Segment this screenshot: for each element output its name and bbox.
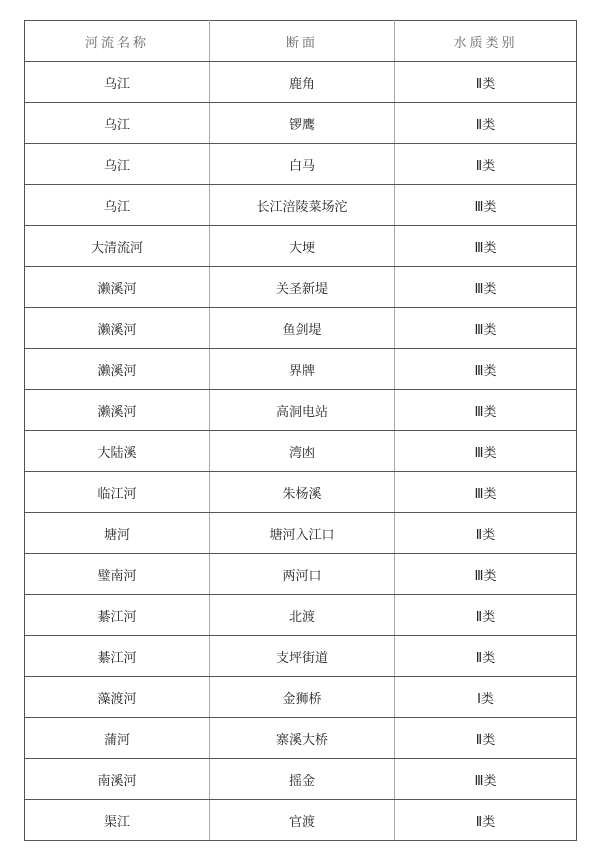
section-cell: 长江涪陵菜场沱	[210, 185, 395, 226]
section-cell: 北渡	[210, 595, 395, 636]
quality-class-cell: Ⅱ类	[395, 144, 577, 185]
table-row: 濑溪河 鱼剑堤 Ⅲ类	[25, 308, 577, 349]
river-name-cell: 临江河	[25, 472, 210, 513]
section-cell: 白马	[210, 144, 395, 185]
section-cell: 朱杨溪	[210, 472, 395, 513]
river-name-cell: 濑溪河	[25, 390, 210, 431]
table-row: 濑溪河 界牌 Ⅲ类	[25, 349, 577, 390]
table-row: 临江河 朱杨溪 Ⅲ类	[25, 472, 577, 513]
header-river-name: 河流名称	[25, 21, 210, 62]
section-cell: 界牌	[210, 349, 395, 390]
river-name-cell: 渠江	[25, 800, 210, 841]
section-cell: 塘河入江口	[210, 513, 395, 554]
quality-class-cell: Ⅰ类	[395, 677, 577, 718]
section-cell: 寨溪大桥	[210, 718, 395, 759]
river-name-cell: 乌江	[25, 185, 210, 226]
section-cell: 大埂	[210, 226, 395, 267]
quality-class-cell: Ⅱ类	[395, 103, 577, 144]
table-row: 大陆溪 湾凼 Ⅲ类	[25, 431, 577, 472]
quality-class-cell: Ⅱ类	[395, 595, 577, 636]
river-name-cell: 濑溪河	[25, 349, 210, 390]
table-row: 南溪河 摇金 Ⅲ类	[25, 759, 577, 800]
river-name-cell: 蒲河	[25, 718, 210, 759]
river-name-cell: 乌江	[25, 62, 210, 103]
quality-class-cell: Ⅲ类	[395, 554, 577, 595]
river-name-cell: 濑溪河	[25, 267, 210, 308]
table-row: 乌江 长江涪陵菜场沱 Ⅲ类	[25, 185, 577, 226]
quality-class-cell: Ⅱ类	[395, 62, 577, 103]
table-row: 綦江河 北渡 Ⅱ类	[25, 595, 577, 636]
water-quality-table: 河流名称 断面 水质类别 乌江 鹿角 Ⅱ类 乌江 锣鹰 Ⅱ类 乌江 白马 Ⅱ类 …	[24, 20, 577, 841]
table-row: 濑溪河 高洞电站 Ⅲ类	[25, 390, 577, 431]
section-cell: 金狮桥	[210, 677, 395, 718]
quality-class-cell: Ⅲ类	[395, 185, 577, 226]
quality-class-cell: Ⅲ类	[395, 267, 577, 308]
river-name-cell: 綦江河	[25, 636, 210, 677]
quality-class-cell: Ⅱ类	[395, 800, 577, 841]
quality-class-cell: Ⅲ类	[395, 349, 577, 390]
river-name-cell: 璧南河	[25, 554, 210, 595]
table-row: 濑溪河 关圣新堤 Ⅲ类	[25, 267, 577, 308]
table-row: 乌江 白马 Ⅱ类	[25, 144, 577, 185]
table-header-row: 河流名称 断面 水质类别	[25, 21, 577, 62]
section-cell: 官渡	[210, 800, 395, 841]
river-name-cell: 乌江	[25, 103, 210, 144]
section-cell: 摇金	[210, 759, 395, 800]
header-water-quality-class: 水质类别	[395, 21, 577, 62]
river-name-cell: 大陆溪	[25, 431, 210, 472]
table-row: 乌江 锣鹰 Ⅱ类	[25, 103, 577, 144]
quality-class-cell: Ⅱ类	[395, 636, 577, 677]
section-cell: 支坪街道	[210, 636, 395, 677]
river-name-cell: 綦江河	[25, 595, 210, 636]
section-cell: 关圣新堤	[210, 267, 395, 308]
quality-class-cell: Ⅲ类	[395, 759, 577, 800]
quality-class-cell: Ⅱ类	[395, 513, 577, 554]
section-cell: 鱼剑堤	[210, 308, 395, 349]
river-name-cell: 南溪河	[25, 759, 210, 800]
quality-class-cell: Ⅲ类	[395, 308, 577, 349]
section-cell: 锣鹰	[210, 103, 395, 144]
header-section: 断面	[210, 21, 395, 62]
quality-class-cell: Ⅲ类	[395, 226, 577, 267]
quality-class-cell: Ⅲ类	[395, 390, 577, 431]
section-cell: 高洞电站	[210, 390, 395, 431]
table-row: 藻渡河 金狮桥 Ⅰ类	[25, 677, 577, 718]
table-row: 渠江 官渡 Ⅱ类	[25, 800, 577, 841]
table-row: 綦江河 支坪街道 Ⅱ类	[25, 636, 577, 677]
river-name-cell: 大清流河	[25, 226, 210, 267]
table-row: 璧南河 两河口 Ⅲ类	[25, 554, 577, 595]
table-row: 大清流河 大埂 Ⅲ类	[25, 226, 577, 267]
section-cell: 两河口	[210, 554, 395, 595]
river-name-cell: 濑溪河	[25, 308, 210, 349]
quality-class-cell: Ⅲ类	[395, 472, 577, 513]
quality-class-cell: Ⅲ类	[395, 431, 577, 472]
river-name-cell: 乌江	[25, 144, 210, 185]
section-cell: 鹿角	[210, 62, 395, 103]
section-cell: 湾凼	[210, 431, 395, 472]
table-row: 蒲河 寨溪大桥 Ⅱ类	[25, 718, 577, 759]
table-row: 塘河 塘河入江口 Ⅱ类	[25, 513, 577, 554]
table-row: 乌江 鹿角 Ⅱ类	[25, 62, 577, 103]
quality-class-cell: Ⅱ类	[395, 718, 577, 759]
river-name-cell: 塘河	[25, 513, 210, 554]
river-name-cell: 藻渡河	[25, 677, 210, 718]
